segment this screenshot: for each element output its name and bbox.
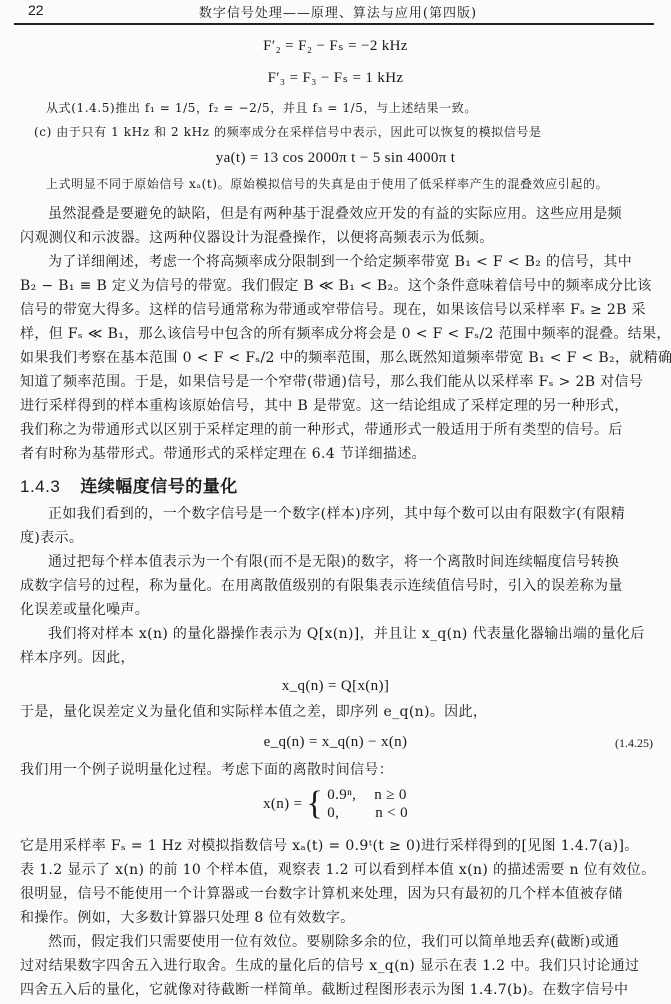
section-heading: 1.4.3连续幅度信号的量化 <box>20 472 238 497</box>
paragraph-quantizer-line-1: 我们将对样本 x(n) 的量化器操作表示为 Q[x(n)]，并且让 x_q(n)… <box>48 624 660 644</box>
text-distortion-note: 上式明显不同于原始信号 xₐ(t)。原始模拟信号的失真是由于使用了低采样率产生的… <box>46 174 671 194</box>
case-2-value: 0, <box>327 805 339 821</box>
page-header: 22 数字信号处理——原理、算法与应用(第四版) <box>18 0 658 22</box>
header-rule <box>14 23 654 25</box>
paragraph-digital-signal-line-1: 正如我们看到的，一个数字信号是一个数字(样本)序列，其中每个数可以由有限数字(有… <box>48 504 660 524</box>
paragraph-bandpass-line-4: 样，但 Fₛ ≪ B₁，那么该信号中包含的所有频率成分将会是 0 < F < F… <box>20 324 660 344</box>
equation-number: (1.4.25) <box>615 736 653 751</box>
paragraph-quantization-line-1: 通过把每个样本值表示为一个有限(而不是无限)的数字，将一个离散时间连续幅度信号转… <box>48 552 660 572</box>
paragraph-bandpass-line-6: 知道了频率范围。于是，如果信号是一个窄带(带通)信号，那么我们能从以采样率 Fₛ… <box>20 372 660 392</box>
paragraph-sampling-line-2: 表 1.2 显示了 x(n) 的前 10 个样本值，观察表 1.2 可以看到样本… <box>20 860 660 880</box>
paragraph-bandpass-line-9: 者有时称为基带形式。带通形式的采样定理在 6.4 节详细描述。 <box>20 444 660 464</box>
equation-ya: ya(t) = 13 cos 2000π t − 5 sin 4000π t <box>0 148 671 168</box>
book-page: 22 数字信号处理——原理、算法与应用(第四版) F′₂ = F₂ − Fₛ =… <box>0 0 671 1004</box>
case-1-condition: n ≥ 0 <box>374 786 406 804</box>
paragraph-bandpass-line-2: B₂ − B₁ ≡ B 定义为信号的带宽。我们假定 B ≪ B₁ < B₂。这个… <box>20 276 660 296</box>
equation-f3-prime: F′₃ = F₃ − Fₛ = 1 kHz <box>0 68 671 88</box>
paragraph-sampling-line-4: 和操作。例如，大多数计算器只处理 8 位有效数字。 <box>20 908 660 928</box>
paragraph-bandpass-line-1: 为了详细阐述，考虑一个将高频率成分限制到一个给定频率带宽 B₁ < F < B₂… <box>48 252 660 272</box>
paragraph-aliasing-line-2: 闪观测仪和示波器。这两种仪器设计为混叠操作，以便将高频表示为低频。 <box>20 228 660 248</box>
paragraph-bandpass-line-3: 信号的带宽大得多。这样的信号通常称为带通或窄带信号。现在，如果该信号以采样率 F… <box>20 300 660 320</box>
case-1-value: 0.9ⁿ, <box>327 787 356 803</box>
equation-xn-lhs: x(n) = <box>263 794 302 814</box>
paragraph-error-def: 于是，量化误差定义为量化值和实际样本值之差，即序列 e_q(n)。因此， <box>20 702 660 722</box>
text-part-c: (c) 由于只有 1 kHz 和 2 kHz 的频率成分在采样信号中表示，因此可… <box>34 122 671 142</box>
paragraph-quantization-line-2: 成数字信号的过程，称为量化。在用离散值级别的有限集表示连续值信号时，引入的误差称… <box>20 576 660 596</box>
equation-cases: 0.9ⁿ,n ≥ 0 0,n < 0 <box>327 786 408 822</box>
paragraph-digital-signal-line-2: 度)表示。 <box>20 528 660 548</box>
brace-symbol: { <box>306 785 323 822</box>
paragraph-bandpass-line-7: 进行采样得到的样本重构该原始信号，其中 B 是带宽。这一结论组成了采样定理的另一… <box>20 396 660 416</box>
paragraph-aliasing-line-1: 虽然混叠是要避免的缺陷，但是有两种基于混叠效应开发的有益的实际应用。这些应用是频 <box>48 204 660 224</box>
paragraph-truncation-line-2: 过对结果数字四舍五入进行取舍。生成的量化后的信号 x_q(n) 显示在表 1.2… <box>20 956 660 976</box>
paragraph-bandpass-line-5: 如果我们考察在基本范围 0 < F < Fₛ/2 中的频率范围，那么既然知道频率… <box>20 348 660 368</box>
paragraph-sampling-line-1: 它是用采样率 Fₛ = 1 Hz 对模拟指数信号 xₐ(t) = 0.9ᵗ(t … <box>20 836 660 856</box>
paragraph-quantization-line-3: 化误差或量化噪声。 <box>20 600 660 620</box>
paragraph-example-intro: 我们用一个例子说明量化过程。考虑下面的离散时间信号： <box>20 760 660 780</box>
equation-xn-piecewise: x(n) = { 0.9ⁿ,n ≥ 0 0,n < 0 <box>0 786 671 830</box>
section-number: 1.4.3 <box>20 477 60 496</box>
case-2-condition: n < 0 <box>375 804 408 822</box>
paragraph-bandpass-line-8: 我们称之为带通形式以区别于采样定理的前一种形式，带通形式一般适用于所有类型的信号… <box>20 420 660 440</box>
text-derivation: 从式(1.4.5)推出 f₁ = 1/5，f₂ = −2/5，并且 f₃ = 1… <box>46 98 671 118</box>
paragraph-sampling-line-3: 很明显，信号不能使用一个计算器或一台数字计算机来处理，因为只有最初的几个样本值被… <box>20 884 660 904</box>
paragraph-quantizer-line-2: 样本序列。因此， <box>20 648 660 668</box>
section-title: 连续幅度信号的量化 <box>80 477 238 496</box>
paragraph-truncation-line-3: 四舍五入后的量化，它就像对待截断一样简单。截断过程图形表示为图 1.4.7(b)… <box>20 980 660 1000</box>
running-title: 数字信号处理——原理、算法与应用(第四版) <box>18 2 658 21</box>
equation-eq: e_q(n) = x_q(n) − x(n) <box>0 732 671 752</box>
equation-xq: x_q(n) = Q[x(n)] <box>0 676 671 696</box>
equation-f2-prime: F′₂ = F₂ − Fₛ = −2 kHz <box>0 36 671 56</box>
paragraph-truncation-line-1: 然而，假定我们只需要使用一位有效位。要剔除多余的位，我们可以简单地丢弃(截断)或… <box>48 932 660 952</box>
